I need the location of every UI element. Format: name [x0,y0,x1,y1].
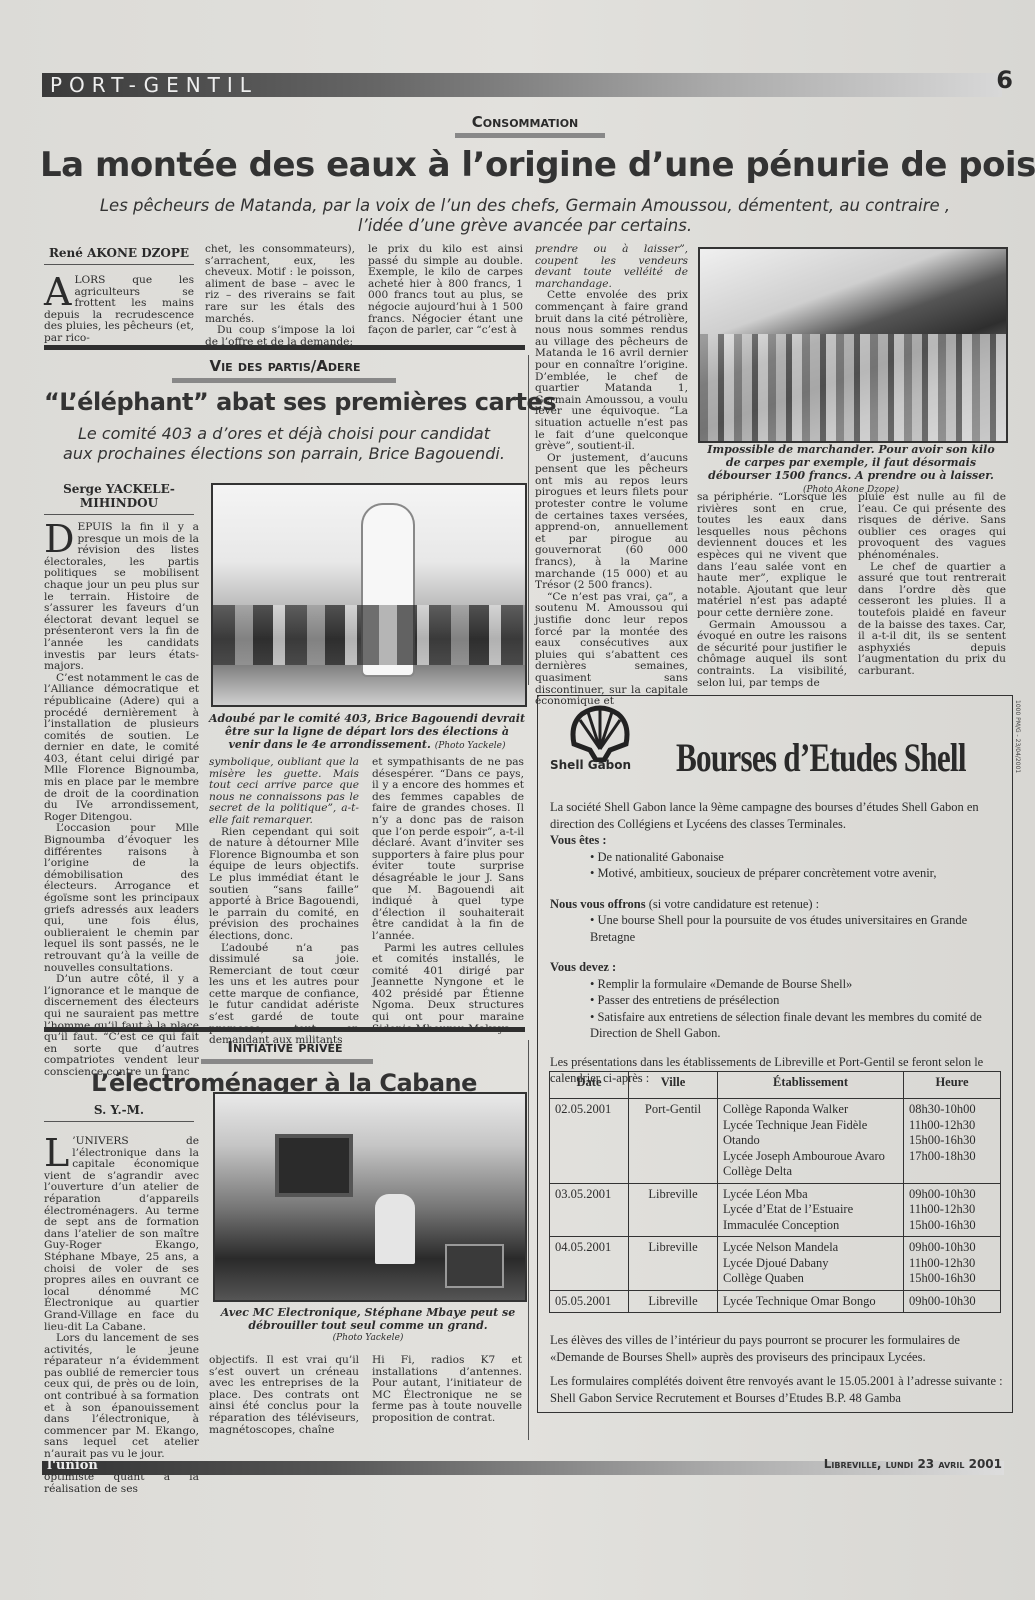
article2-col1: DEPUIS la fin il y a presque un mois de … [44,522,199,1079]
article1-col1: ALORS que les agriculteurs se frottent l… [44,275,194,345]
article2-photo-caption: Adoubé par le comité 403, Brice Bagouend… [208,712,526,753]
paragraph: symbolique, oubliant que la misère les g… [209,757,359,827]
article2-byline: Serge YACKELE-MIHINDOU [44,482,194,515]
time-slot: 11h00-12h30 [909,1202,995,1218]
ad-label: Vous devez : [550,960,616,974]
deck-line: l’idée d’une grève avancée par certains. [60,216,990,236]
city-cell: Port-Gentil [629,1099,718,1184]
article3-col3: Hi Fi, radios K7 et installations d’ante… [372,1355,522,1425]
article2-col3: et sympathisants de ne pas désespérer. “… [372,757,524,1035]
paragraph: L’occasion pour Mlle Bignoumba d’évoquer… [44,823,199,974]
school-name: Immaculée Conception [723,1218,898,1234]
deck-line: Les pêcheurs de Matanda, par la voix de … [60,196,990,216]
list-item: Motivé, ambitieux, soucieux de préparer … [590,865,1005,882]
dropcap: D [44,524,74,554]
date-cell: 04.05.2001 [550,1237,629,1291]
photo-credit: (Photo Yackele) [213,1332,523,1345]
paragraph: et sympathisants de ne pas désespérer. “… [372,757,524,943]
offer-list: Une bourse Shell pour la poursuite de vo… [550,912,1005,945]
time-slot: 15h00-16h30 [909,1218,995,1234]
table-row: 03.05.2001 Libreville Lycée Léon Mba Lyc… [550,1183,1001,1237]
photo-texture [700,334,1006,443]
list-item: De nationalité Gabonaise [590,849,1005,866]
article1-col4: prendre ou à laisser”, coupent les vende… [535,244,688,708]
article2-deck: Le comité 403 a d’ores et déjà choisi po… [44,424,524,464]
ad-title: Bourses d’Etudes Shell [676,734,966,781]
paragraph: Or justement, d’aucuns pensent que les p… [535,453,688,592]
shell-scholarship-advertisement: Shell Gabon Bourses d’Etudes Shell La so… [537,695,1013,1413]
time-slot: 09h00-10h30 [909,1240,995,1256]
time-slot: 15h00-16h30 [909,1271,995,1287]
article2-kicker: Vie des partis/Adere [170,357,400,375]
radio-in-photo [445,1244,504,1288]
school-cell: Collège Raponda Walker Lycée Technique J… [718,1099,904,1184]
article-separator [44,345,525,350]
school-name: Collège Raponda Walker [723,1102,898,1118]
ad-label: Nous vous offrons [550,897,646,911]
article1-col6: pluie est nulle au fil de l’eau. Ce qui … [858,492,1006,678]
article1-photo-caption: Impossible de marchander. Pour avoir son… [700,443,1002,497]
time-slot: 08h30-10h00 [909,1102,995,1118]
paragraph: C’est notamment le cas de l’Alliance dém… [44,673,199,824]
school-name: Lycée d’Etat de l’Estuaire [723,1202,898,1218]
article1-col5: sa périphérie. “Lorsque les rivières son… [697,492,847,689]
school-name: Lycée Nelson Mandela [723,1240,898,1256]
ad-note: (si votre candidature est retenue) : [649,897,819,911]
paragraph: le prix du kilo est ainsi passé du simpl… [368,244,523,337]
paragraph: Germain Amoussou a évoqué en outre les r… [697,620,847,690]
time-cell: 09h00-10h30 11h00-12h30 15h00-16h30 [904,1183,1001,1237]
article1-byline: René AKONE DZOPE [44,246,194,265]
article1-deck: Les pêcheurs de Matanda, par la voix de … [60,196,990,236]
article1-kicker: Consommation [440,113,610,131]
requirements-list: De nationalité Gabonaise Motivé, ambitie… [550,849,1005,882]
caption-text: Impossible de marchander. Pour avoir son… [707,443,994,482]
list-item: Satisfaire aux entretiens de sélection f… [590,1009,1005,1042]
column-header: Ville [629,1072,718,1099]
deck-line: aux prochaines élections son parrain, Br… [44,444,524,464]
article2-col2: symbolique, oubliant que la misère les g… [209,757,359,1047]
schedule-table: Date Ville Établissement Heure 02.05.200… [549,1071,1001,1313]
committee-photo [211,483,527,707]
electronics-shop-photo [213,1092,527,1302]
city-cell: Libreville [629,1290,718,1313]
school-name: Lycée Technique Jean Fidèle Otando [723,1118,898,1149]
photo-credit: (Photo Yackele) [435,741,506,751]
caption-text: Avec MC Electronique, Stéphane Mbaye peu… [213,1306,523,1332]
ad-note: Les élèves des villes de l’intérieur du … [550,1332,1005,1365]
paragraph: pluie est nulle au fil de l’eau. Ce qui … [858,492,1006,562]
shell-brand-name: Shell Gabon [550,758,631,772]
time-slot: 17h00-18h30 [909,1149,995,1165]
paragraph: Le chef de quartier a assuré que tout re… [858,562,1006,678]
column-header: Établissement [718,1072,904,1099]
article1-headline: La montée des eaux à l’origine d’une pén… [40,142,1000,188]
paragraph: chet, les consommateurs), s’arrachent, e… [205,244,355,325]
date-cell: 05.05.2001 [550,1290,629,1313]
school-name: Lycée Technique Omar Bongo [723,1294,898,1310]
paragraph: prendre ou à laisser”, coupent les vende… [535,244,688,290]
school-cell: Lycée Technique Omar Bongo [718,1290,904,1313]
dropcap: L [44,1138,69,1168]
paragraph: Parmi les autres cellules et comités ins… [372,943,524,1036]
obligations-list: Remplir la formulaire «Demande de Bourse… [550,976,1005,1042]
ad-notes: Les élèves des villes de l’intérieur du … [550,1332,1005,1406]
list-item: Une bourse Shell pour la poursuite de vo… [590,912,1005,945]
date-cell: 02.05.2001 [550,1099,629,1184]
school-name: Lycée Djoué Dabany [723,1256,898,1272]
television-in-photo [275,1134,353,1197]
paragraph: Cette envolée des prix commençant à fair… [535,290,688,452]
article3-kicker: Initiative privée [200,1038,370,1056]
kicker-underline [201,1059,373,1064]
column-header: Date [550,1072,629,1099]
kicker-underline [455,133,605,138]
list-item: Remplir la formulaire «Demande de Bourse… [590,976,1005,993]
ad-reference-code: 1000 PM/G - 23/04/2001 [1014,700,1021,773]
school-name: Lycée Joseph Ambouroue Avaro [723,1149,898,1165]
paragraph: Lors du lancement de ses activités, le j… [44,1333,199,1461]
column-header: Heure [904,1072,1001,1099]
time-slot: 11h00-12h30 [909,1118,995,1134]
column-rule [528,1040,529,1440]
table-row: 04.05.2001 Libreville Lycée Nelson Mande… [550,1237,1001,1291]
school-name: Collège Quaben [723,1271,898,1287]
table-row: 02.05.2001 Port-Gentil Collège Raponda W… [550,1099,1001,1184]
kicker-underline [172,378,396,383]
article1-col3: le prix du kilo est ainsi passé du simpl… [368,244,523,337]
time-cell: 09h00-10h30 [904,1290,1001,1313]
paragraph: “Ce n’est pas vrai, ça”, a soutenu M. Am… [535,592,688,708]
paragraph: Hi Fi, radios K7 et installations d’ante… [372,1355,522,1425]
paragraph: sa périphérie. “Lorsque les rivières son… [697,492,847,620]
ad-body: La société Shell Gabon lance la 9ème cam… [550,799,1005,1087]
shell-logo-icon [568,704,632,762]
paragraph: objectifs. Il est vrai qu’il s’est ouver… [209,1355,359,1436]
article1-col2: chet, les consommateurs), s’arrachent, e… [205,244,355,348]
city-cell: Libreville [629,1237,718,1291]
section-name: PORT-GENTIL [50,72,258,98]
time-slot: 09h00-10h30 [909,1294,995,1310]
article-separator [44,1027,525,1032]
ad-label: Vous êtes : [550,833,606,847]
article3-col1: L’UNIVERS de l’électronique dans la capi… [44,1136,199,1495]
fish-market-photo [698,247,1008,443]
ad-note: Les formulaires complétés doivent être r… [550,1373,1005,1406]
school-cell: Lycée Nelson Mandela Lycée Djoué Dabany … [718,1237,904,1291]
table-row: 05.05.2001 Libreville Lycée Technique Om… [550,1290,1001,1313]
paragraph: Rien cependant qui soit de nature à déto… [209,827,359,943]
photo-texture [213,605,525,665]
article2-headline: “L’éléphant” abat ses premières cartes [44,385,524,419]
newspaper-logo: l'union [47,1458,98,1473]
time-slot: 11h00-12h30 [909,1256,995,1272]
deck-line: Le comité 403 a d’ores et déjà choisi po… [44,424,524,444]
newspaper-page: PORT-GENTIL 6 Consommation La montée des… [0,0,1035,1600]
date-cell: 03.05.2001 [550,1183,629,1237]
article3-byline: S. Y.-M. [44,1103,194,1122]
page-number: 6 [996,66,1013,94]
school-cell: Lycée Léon Mba Lycée d’Etat de l’Estuair… [718,1183,904,1237]
article3-photo-caption: Avec MC Electronique, Stéphane Mbaye peu… [213,1306,523,1345]
dateline: Libreville, lundi 23 avril 2001 [824,1457,1002,1471]
time-cell: 09h00-10h30 11h00-12h30 15h00-16h30 [904,1237,1001,1291]
table-header-row: Date Ville Établissement Heure [550,1072,1001,1099]
time-cell: 08h30-10h00 11h00-12h30 15h00-16h30 17h0… [904,1099,1001,1184]
ad-intro: La société Shell Gabon lance la 9ème cam… [550,799,1005,832]
city-cell: Libreville [629,1183,718,1237]
list-item: Passer des entretiens de présélection [590,992,1005,1009]
time-slot: 09h00-10h30 [909,1187,995,1203]
time-slot: 15h00-16h30 [909,1133,995,1149]
photo-figure [375,1194,415,1264]
article3-col2: objectifs. Il est vrai qu’il s’est ouver… [209,1355,359,1436]
school-name: Collège Delta [723,1164,898,1180]
school-name: Lycée Léon Mba [723,1187,898,1203]
dropcap: A [44,277,71,307]
